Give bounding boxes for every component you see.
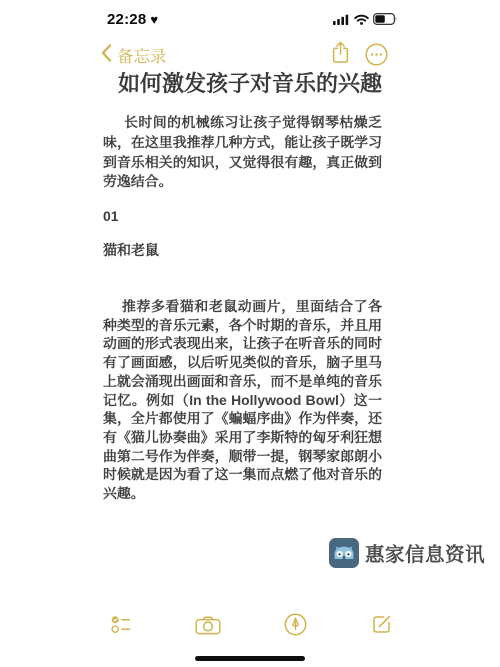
note-intro-paragraph: 长时间的机械练习让孩子觉得钢琴枯燥乏味，在这里我推荐几种方式，能让孩子既学习到音… <box>103 113 382 192</box>
notes-app-screen: 22:28 ♥ <box>0 0 500 667</box>
status-time: 22:28 ♥ <box>107 11 158 28</box>
watermark-label: 惠家信息资讯 <box>365 539 485 567</box>
compose-button[interactable] <box>367 612 395 640</box>
back-label: 备忘录 <box>117 43 167 67</box>
wifi-icon <box>354 12 369 30</box>
checklist-icon <box>111 615 132 637</box>
watermark: 惠家信息资讯 <box>329 538 485 568</box>
markup-pen-icon <box>284 613 307 639</box>
clock-text: 22:28 <box>107 11 146 28</box>
share-button[interactable] <box>330 40 351 70</box>
compose-icon <box>370 613 393 639</box>
heart-icon: ♥ <box>150 13 158 26</box>
cellular-signal-icon <box>333 12 350 30</box>
camera-button[interactable] <box>194 612 222 640</box>
home-indicator[interactable] <box>195 656 305 661</box>
section-number: 01 <box>103 208 119 224</box>
checklist-button[interactable] <box>107 612 135 640</box>
note-body-paragraph: 推荐多看猫和老鼠动画片，里面结合了各种类型的音乐元素，各个时期的音乐，并且用动画… <box>103 297 382 503</box>
markup-button[interactable] <box>281 612 309 640</box>
back-button[interactable]: 备忘录 <box>101 43 167 67</box>
share-icon <box>330 52 351 69</box>
back-chevron-icon <box>101 44 112 67</box>
ellipsis-more-icon <box>365 53 388 70</box>
godot-mascot-icon <box>329 538 359 568</box>
more-options-button[interactable] <box>365 43 388 71</box>
note-title: 如何激发孩子对音乐的兴趣 <box>100 70 400 98</box>
battery-icon <box>373 12 398 30</box>
section-heading: 猫和老鼠 <box>103 240 159 260</box>
status-icons <box>333 12 398 30</box>
camera-icon <box>195 615 221 638</box>
